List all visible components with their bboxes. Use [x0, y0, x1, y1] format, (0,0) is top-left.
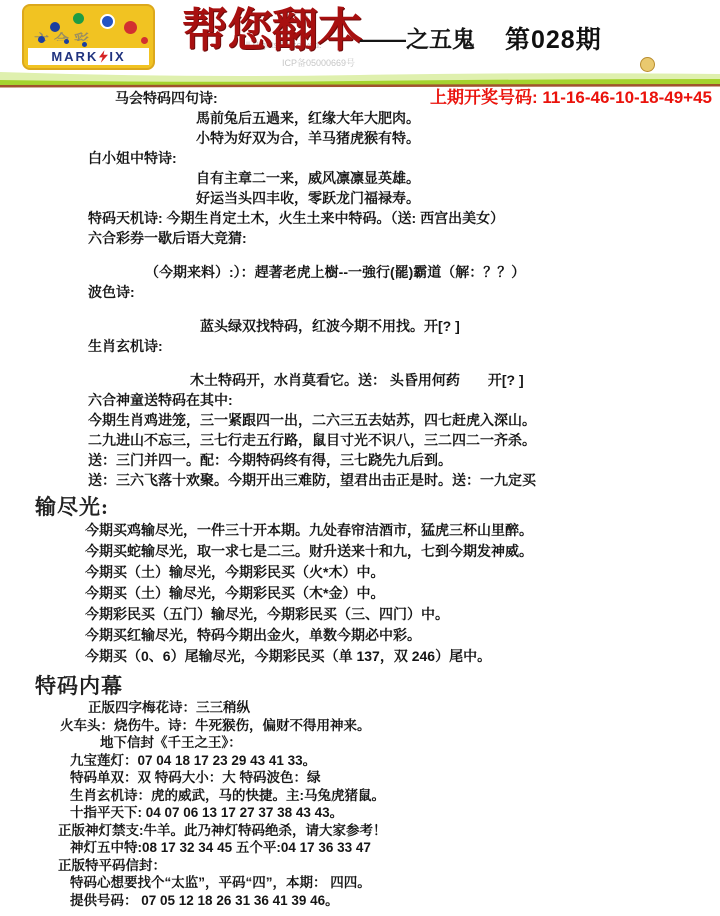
text-line: （今期来料）:）：趕著老虎上樹--一強行(罷)霸道（解：？？）: [0, 262, 720, 282]
line-text: 波色诗:: [88, 284, 135, 300]
line-text: 二九进山不忘三，三七行走五行路，鼠目寸光不识八，三二四二一齐杀。: [88, 432, 536, 448]
line-text: 特码单双：双 特码大小：大 特码波色：绿: [70, 770, 321, 785]
line-text: 正版特平码信封：: [58, 858, 166, 873]
text-line: 二九进山不忘三，三七行走五行路，鼠目寸光不识八，三二四二一齐杀。: [0, 430, 720, 450]
line-text: 地下信封《千王之王》：: [100, 735, 242, 750]
text-line: 九宝莲灯：07 04 18 17 23 29 43 41 33。: [0, 752, 720, 770]
page: 六合彩 MARK IX All Rights Reserved. ICP备050…: [0, 0, 720, 916]
text-line: 特码天机诗: 今期生肖定土木，火生土来中特码。（送: 西宫出美女）: [0, 208, 720, 228]
text-line: 今期生肖鸡进笼，三一紧跟四一出，二六三五去姑苏，四七赶虎入深山。: [0, 410, 720, 430]
text-line: 生肖玄机诗:: [0, 336, 720, 356]
line-text: 今期买蛇输尽光，取一求七是二三。财升送来十和九，七到今期发神威。: [85, 543, 533, 559]
text-line: 好运当头四丰收，零跃龙门福禄寿。: [0, 188, 720, 208]
text-line: 今期彩民买（五门）输尽光，今期彩民买（三、四门）中。: [0, 604, 720, 625]
line-text: 白小姐中特诗:: [88, 150, 177, 166]
text-line: 神灯五中特:08 17 32 34 45 五个平:04 17 36 33 47: [0, 839, 720, 857]
line-text: 自有主章二一来，威风凛凛显英雄。: [196, 170, 420, 186]
line-text: 火车头：烧伤牛。诗：牛死猴伤，偏财不得用神来。: [60, 718, 371, 733]
section-title-neimu: 特码内幕: [0, 673, 720, 699]
band-ornament: [640, 57, 655, 72]
text-line: 六合彩券一歇后语大竞猜:: [0, 228, 720, 248]
text-line: 正版四字梅花诗：三三稍纵: [0, 699, 720, 717]
text-line: 白小姐中特诗:: [0, 148, 720, 168]
text-line: 今期买蛇输尽光，取一求七是二三。财升送来十和九，七到今期发神威。: [0, 541, 720, 562]
line-text: 提供号码： 07 05 12 18 26 31 36 41 39 46。: [70, 893, 339, 908]
text-line: 正版神灯禁支:牛羊。此乃神灯特码绝杀，请大家参考！: [0, 822, 720, 840]
line-text: 蓝头绿双找特码，红波今期不用找。开[? ]: [200, 318, 460, 334]
text-line: 今期买（0、6）尾输尽光，今期彩民买（单 137，双 246）尾中。: [0, 646, 720, 667]
text-line: 六合神童送特码在其中:: [0, 390, 720, 410]
text-line: 送：三门并四一。配：今期特码终有得，三七跷先九后到。: [0, 450, 720, 470]
text-line: 今期买红输尽光，特码今期出金火，单数今期必中彩。: [0, 625, 720, 646]
prev-draw-numbers: 上期开奖号码: 11-16-46-10-18-49+45: [430, 88, 720, 108]
line-text: 特码天机诗: 今期生肖定土木，火生土来中特码。（送: 西宫出美女）: [88, 210, 504, 226]
text-line: 特码单双：双 特码大小：大 特码波色：绿: [0, 769, 720, 787]
text-line: 地下信封《千王之王》：: [0, 734, 720, 752]
line-text: 马会特码四句诗:: [115, 88, 218, 108]
neimu-section: 正版四字梅花诗：三三稍纵火车头：烧伤牛。诗：牛死猴伤，偏财不得用神来。地下信封《…: [0, 699, 720, 909]
line-text: 木土特码开，水肖莫看它。送： 头昏用何药 开[? ]: [190, 372, 524, 388]
line-text: 今期买（0、6）尾输尽光，今期彩民买（单 137，双 246）尾中。: [85, 648, 491, 664]
line-text: 小特为好双为合，羊马猪虎猴有特。: [196, 130, 420, 146]
lightning-bolt-icon: [99, 50, 108, 63]
page-title: 帮您翻本: [182, 2, 362, 60]
line-text: 九宝莲灯：07 04 18 17 23 29 43 41 33。: [70, 753, 316, 768]
text-line: 小特为好双为合，羊马猪虎猴有特。: [0, 128, 720, 148]
logo-text-six: IX: [109, 49, 125, 64]
text-line: 木土特码开，水肖莫看它。送： 头昏用何药 开[? ]: [0, 370, 720, 390]
text-line: 波色诗:: [0, 282, 720, 302]
top-poems-section: 马会特码四句诗:上期开奖号码: 11-16-46-10-18-49+45馬前兔后…: [0, 88, 720, 490]
logo-wordmark: MARK IX: [28, 48, 149, 65]
text-line: 十指平天下: 04 07 06 13 17 27 37 38 43 43。: [0, 804, 720, 822]
line-text: 六合彩券一歇后语大竞猜:: [88, 230, 247, 246]
line-text: 好运当头四丰收，零跃龙门福禄寿。: [196, 190, 420, 206]
line-text: 今期生肖鸡进笼，三一紧跟四一出，二六三五去姑苏，四七赶虎入深山。: [88, 412, 536, 428]
text-line: 自有主章二一来，威风凛凛显英雄。: [0, 168, 720, 188]
logo-dot-icon: [100, 14, 115, 29]
line-text: 六合神童送特码在其中:: [88, 392, 233, 408]
line-text: 今期买（土）输尽光，今期彩民买（木*金）中。: [85, 585, 384, 601]
logo-dot-icon: [82, 42, 87, 47]
text-line: 特码心想要找个“太监”，平码“四”，本期： 四四。: [0, 874, 720, 892]
line-text: （今期来料）:）：趕著老虎上樹--一強行(罷)霸道（解：？？）: [145, 264, 525, 280]
line-text: 送：三门并四一。配：今期特码终有得，三七跷先九后到。: [88, 452, 452, 468]
text-line: 送：三六飞落十欢聚。今期开出三难防，望君出击正是时。送：一九定买: [0, 470, 720, 490]
text-line: 提供号码： 07 05 12 18 26 31 36 41 39 46。: [0, 892, 720, 910]
text-line: 蓝头绿双找特码，红波今期不用找。开[? ]: [0, 316, 720, 336]
text-line: 生肖玄机诗：虎的威武，马的快捷。主:马兔虎猪鼠。: [0, 787, 720, 805]
line-text: 今期买（土）输尽光，今期彩民买（火*木）中。: [85, 564, 384, 580]
shujinguang-section: 今期买鸡输尽光，一件三十开本期。九处春帘洁酒市，猛虎三杯山里醉。今期买蛇输尽光，…: [0, 520, 720, 667]
text-line: 火车头：烧伤牛。诗：牛死猴伤，偏财不得用神来。: [0, 717, 720, 735]
line-text: 今期彩民买（五门）输尽光，今期彩民买（三、四门）中。: [85, 606, 449, 622]
logo-dot-icon: [141, 37, 148, 44]
header: 六合彩 MARK IX All Rights Reserved. ICP备050…: [0, 0, 720, 88]
line-text: 生肖玄机诗：虎的威武，马的快捷。主:马兔虎猪鼠。: [70, 788, 385, 803]
text-line: 正版特平码信封：: [0, 857, 720, 875]
logo-dot-icon: [124, 21, 137, 34]
line-text: 今期买鸡输尽光，一件三十开本期。九处春帘洁酒市，猛虎三杯山里醉。: [85, 522, 533, 538]
line-text: 神灯五中特:08 17 32 34 45 五个平:04 17 36 33 47: [70, 840, 371, 855]
line-text: 生肖玄机诗:: [88, 338, 163, 354]
line-text: 送：三六飞落十欢聚。今期开出三难防，望君出击正是时。送：一九定买: [88, 472, 536, 488]
text-line: 马会特码四句诗:上期开奖号码: 11-16-46-10-18-49+45: [0, 88, 720, 108]
logo-dot-icon: [73, 13, 84, 24]
masthead: 帮您翻本 ——之五鬼 第028期: [182, 2, 602, 60]
logo-text-mark: MARK: [51, 49, 98, 64]
issue-number: 第028期: [505, 20, 602, 56]
section-title-shujinguang: 输尽光:: [0, 494, 720, 520]
line-text: 正版四字梅花诗：三三稍纵: [88, 700, 250, 715]
text-line: 今期买（土）输尽光，今期彩民买（木*金）中。: [0, 583, 720, 604]
line-text: 正版神灯禁支:牛羊。此乃神灯特码绝杀，请大家参考！: [58, 823, 387, 838]
line-text: 特码心想要找个“太监”，平码“四”，本期： 四四。: [70, 875, 371, 890]
text-line: 今期买鸡输尽光，一件三十开本期。九处春帘洁酒市，猛虎三杯山里醉。: [0, 520, 720, 541]
line-text: 馬前兔后五過来，红缘大年大肥肉。: [196, 110, 420, 126]
green-wave-divider: [0, 69, 720, 88]
page-subtitle: ——之五鬼: [360, 21, 475, 54]
text-line: 今期买（土）输尽光，今期彩民买（火*木）中。: [0, 562, 720, 583]
text-line: 馬前兔后五過来，红缘大年大肥肉。: [0, 108, 720, 128]
content: 马会特码四句诗:上期开奖号码: 11-16-46-10-18-49+45馬前兔后…: [0, 88, 720, 909]
marksix-logo: 六合彩 MARK IX: [22, 4, 155, 70]
logo-chinese-text: 六合彩: [34, 29, 94, 41]
line-text: 今期买红输尽光，特码今期出金火，单数今期必中彩。: [85, 627, 421, 643]
line-text: 十指平天下: 04 07 06 13 17 27 37 38 43 43。: [70, 805, 343, 820]
